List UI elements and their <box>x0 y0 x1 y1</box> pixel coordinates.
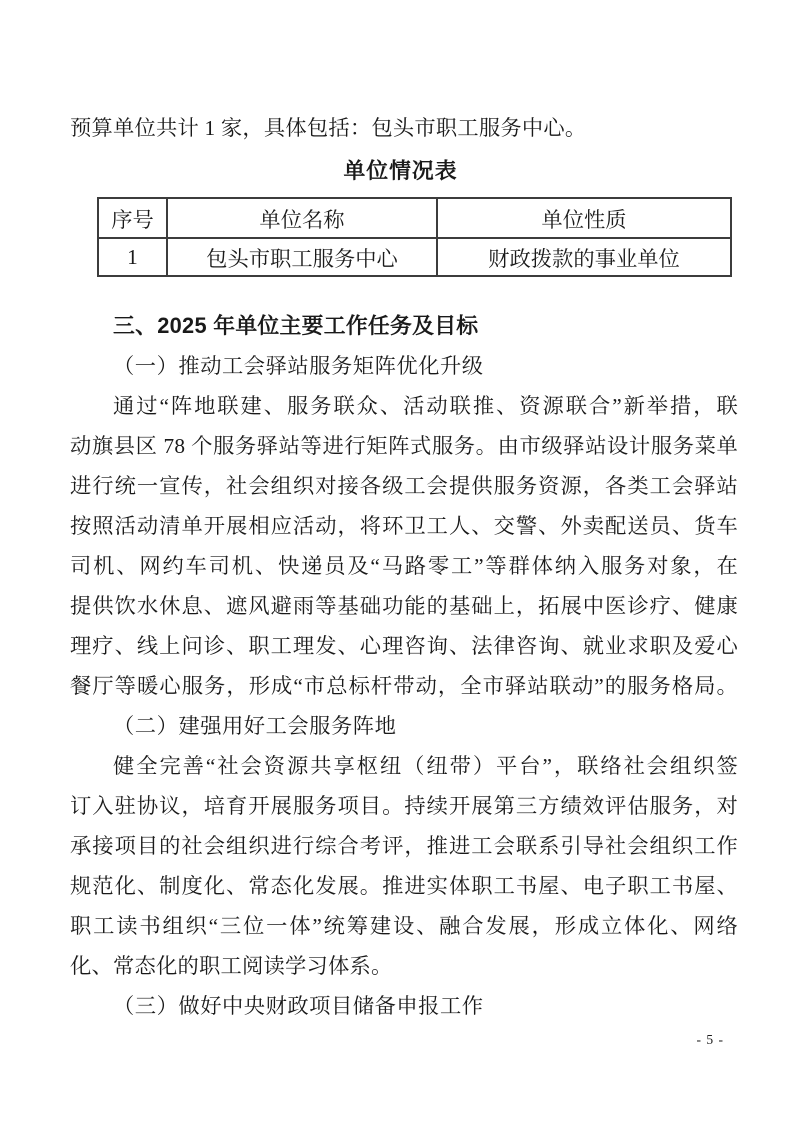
document-page: 预算单位共计 1 家，具体包括：包头市职工服务中心。 单位情况表 序号 单位名称… <box>0 0 794 1123</box>
paragraph-line: 进行统一宣传，社会组织对接各级工会提供服务资源，各类工会驿站 <box>70 466 738 506</box>
table-cell-unit-type: 财政拨款的事业单位 <box>437 238 731 276</box>
paragraph-line: 提供饮水休息、遮风避雨等基础功能的基础上，拓展中医诊疗、健康 <box>70 586 738 626</box>
document-content: 预算单位共计 1 家，具体包括：包头市职工服务中心。 单位情况表 序号 单位名称… <box>70 0 738 1026</box>
table-row: 1 包头市职工服务中心 财政拨款的事业单位 <box>98 238 731 276</box>
paragraph-line: 理疗、线上问诊、职工理发、心理咨询、法律咨询、就业求职及爱心 <box>70 626 738 666</box>
subsection-1-paragraph: 通过“阵地联建、服务联众、活动联推、资源联合”新举措，联 动旗县区 78 个服务… <box>70 386 738 706</box>
paragraph-line: 司机、网约车司机、快递员及“马路零工”等群体纳入服务对象，在 <box>70 546 738 586</box>
units-table: 序号 单位名称 单位性质 1 包头市职工服务中心 财政拨款的事业单位 <box>97 197 732 277</box>
subsection-1-heading: （一）推动工会驿站服务矩阵优化升级 <box>70 346 738 386</box>
table-cell-unit-name: 包头市职工服务中心 <box>167 238 437 276</box>
paragraph-line: 按照活动清单开展相应活动，将环卫工人、交警、外卖配送员、货车 <box>70 506 738 546</box>
page-number: - 5 - <box>697 1031 725 1049</box>
table-header-index: 序号 <box>98 198 167 238</box>
table-cell-index: 1 <box>98 238 167 276</box>
paragraph-line: 规范化、制度化、常态化发展。推进实体职工书屋、电子职工书屋、 <box>70 866 738 906</box>
table-header-row: 序号 单位名称 单位性质 <box>98 198 731 238</box>
section-heading: 三、2025 年单位主要工作任务及目标 <box>70 306 738 346</box>
subsection-3-heading: （三）做好中央财政项目储备申报工作 <box>70 986 738 1026</box>
paragraph-line: 通过“阵地联建、服务联众、活动联推、资源联合”新举措，联 <box>70 386 738 426</box>
intro-paragraph: 预算单位共计 1 家，具体包括：包头市职工服务中心。 <box>70 108 738 148</box>
paragraph-line: 职工读书组织“三位一体”统筹建设、融合发展，形成立体化、网络 <box>70 906 738 946</box>
subsection-2-paragraph: 健全完善“社会资源共享枢纽（纽带）平台”，联络社会组织签 订入驻协议，培育开展服… <box>70 746 738 986</box>
table-header-unit-name: 单位名称 <box>167 198 437 238</box>
table-title: 单位情况表 <box>63 151 738 191</box>
subsection-2-heading: （二）建强用好工会服务阵地 <box>70 706 738 746</box>
paragraph-line: 健全完善“社会资源共享枢纽（纽带）平台”，联络社会组织签 <box>70 746 738 786</box>
paragraph-line: 承接项目的社会组织进行综合考评，推进工会联系引导社会组织工作 <box>70 826 738 866</box>
paragraph-line: 订入驻协议，培育开展服务项目。持续开展第三方绩效评估服务，对 <box>70 786 738 826</box>
paragraph-line: 化、常态化的职工阅读学习体系。 <box>70 946 738 986</box>
paragraph-line: 动旗县区 78 个服务驿站等进行矩阵式服务。由市级驿站设计服务菜单 <box>70 426 738 466</box>
table-header-unit-type: 单位性质 <box>437 198 731 238</box>
paragraph-line: 餐厅等暖心服务，形成“市总标杆带动，全市驿站联动”的服务格局。 <box>70 666 738 706</box>
